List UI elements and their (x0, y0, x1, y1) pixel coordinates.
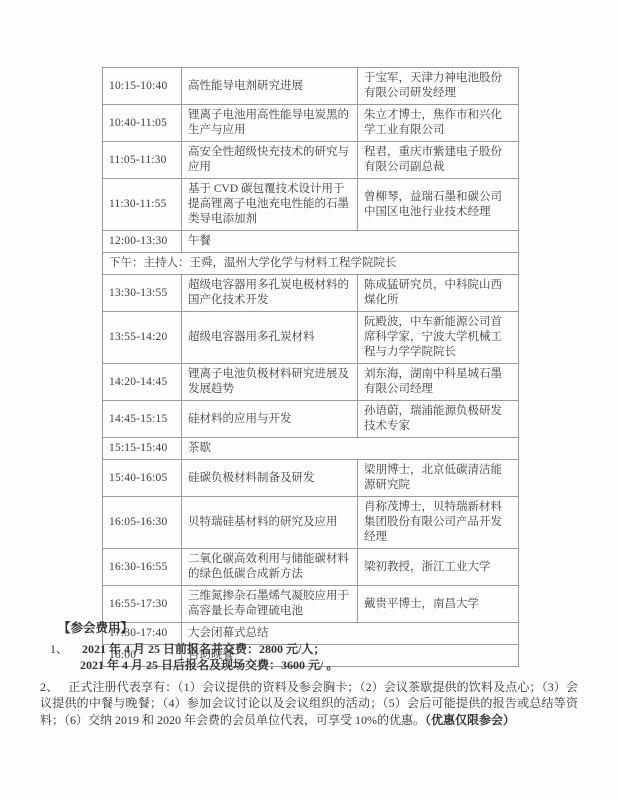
time-cell: 11:05-11:30 (103, 142, 182, 179)
speaker-cell: 曾柳琴，益瑞石墨和碳公司中国区电池行业技术经理 (358, 179, 519, 231)
time-cell: 16:05-16:30 (103, 497, 182, 549)
topic-cell: 硅碳负极材料制备及研发 (182, 460, 358, 497)
fee-item-2: 2、正式注册代表享有：（1）会议提供的资料及参会胸卡；（2）会议茶歇提供的饮料及… (40, 679, 578, 729)
fee-item-1-line2: 2021 年 4 月 25 日后报名及现场交费：3600 元/ 。 (80, 657, 578, 674)
fee-item-2-bold-note: （优惠仅限参会） (425, 713, 515, 727)
speaker-cell: 朱立才博士，焦作市和兴化学工业有限公司 (358, 105, 519, 142)
time-cell: 14:20-14:45 (103, 364, 182, 401)
speaker-cell: 梁初教授，浙江工业大学 (358, 549, 519, 586)
table-row: 10:15-10:40 高性能导电剂研究进展 于宝军，天津力神电池股份有限公司研… (103, 68, 519, 105)
lunch-cell: 午餐 (182, 231, 519, 253)
speaker-cell: 梁朋博士，北京低碳清洁能源研究院 (358, 460, 519, 497)
fee-item-1: 1、2021 年 4 月 25 日前报名并交费：2800 元/人； (50, 641, 578, 658)
table-row: 16:55-17:30 三维氮掺杂石墨烯气凝胶应用于高容量长寿命锂硫电池 戴贵平… (103, 586, 519, 623)
fee-item-1-number: 1、 (50, 642, 68, 656)
topic-cell: 硅材料的应用与开发 (182, 401, 358, 438)
topic-cell: 贝特瑞硅基材料的研究及应用 (182, 497, 358, 549)
table-row-session-chair: 下午：主持人：王舜，温州大学化学与材料工程学院院长 (103, 253, 519, 275)
time-cell: 10:40-11:05 (103, 105, 182, 142)
topic-cell: 三维氮掺杂石墨烯气凝胶应用于高容量长寿命锂硫电池 (182, 586, 358, 623)
fee-item-1-line1: 2021 年 4 月 25 日前报名并交费：2800 元/人； (82, 642, 325, 656)
table-row: 15:40-16:05 硅碳负极材料制备及研发 梁朋博士，北京低碳清洁能源研究院 (103, 460, 519, 497)
time-cell: 13:55-14:20 (103, 312, 182, 364)
time-cell: 13:30-13:55 (103, 275, 182, 312)
table-row: 14:45-15:15 硅材料的应用与开发 孙语蔚，瑞浦能源负极研发技术专家 (103, 401, 519, 438)
scanned-agenda-page: 10:15-10:40 高性能导电剂研究进展 于宝军，天津力神电池股份有限公司研… (0, 0, 618, 800)
table-row: 10:40-11:05 锂离子电池用高性能导电炭黑的生产与应用 朱立才博士，焦作… (103, 105, 519, 142)
topic-cell: 基于 CVD 碳包覆技术设计用于提高锂离子电池充电性能的石墨类导电添加剂 (182, 179, 358, 231)
time-cell: 15:40-16:05 (103, 460, 182, 497)
speaker-cell: 陈成猛研究员，中科院山西煤化所 (358, 275, 519, 312)
speaker-cell: 戴贵平博士，南昌大学 (358, 586, 519, 623)
table-row: 13:30-13:55 超级电容器用多孔炭电极材料的国产化技术开发 陈成猛研究员… (103, 275, 519, 312)
topic-cell: 高安全性超级快充技术的研究与应用 (182, 142, 358, 179)
fee-item-2-number: 2、 (40, 680, 58, 694)
tea-break-cell: 茶歇 (182, 438, 519, 460)
table-row-lunch: 12:00-13:30 午餐 (103, 231, 519, 253)
table-row: 16:30-16:55 二氧化碳高效利用与储能碳材料的绿色低碳合成新方法 梁初教… (103, 549, 519, 586)
session-chair-cell: 下午：主持人：王舜，温州大学化学与材料工程学院院长 (103, 253, 519, 275)
time-cell: 10:15-10:40 (103, 68, 182, 105)
time-cell: 16:30-16:55 (103, 549, 182, 586)
time-cell: 14:45-15:15 (103, 401, 182, 438)
topic-cell: 锂离子电池用高性能导电炭黑的生产与应用 (182, 105, 358, 142)
fee-section-heading: 【参会费用】 (58, 620, 578, 637)
table-row: 11:05-11:30 高安全性超级快充技术的研究与应用 程君，重庆市紫建电子股… (103, 142, 519, 179)
speaker-cell: 阮殿波，中车新能源公司首席科学家，宁波大学机械工程与力学学院院长 (358, 312, 519, 364)
schedule-table: 10:15-10:40 高性能导电剂研究进展 于宝军，天津力神电池股份有限公司研… (102, 67, 519, 667)
topic-cell: 锂离子电池负极材料研究进展及发展趋势 (182, 364, 358, 401)
time-cell: 11:30-11:55 (103, 179, 182, 231)
speaker-cell: 肖称茂博士，贝特瑞新材料集团股份有限公司产品开发经理 (358, 497, 519, 549)
table-row: 14:20-14:45 锂离子电池负极材料研究进展及发展趋势 刘东海，湖南中科星… (103, 364, 519, 401)
speaker-cell: 于宝军，天津力神电池股份有限公司研发经理 (358, 68, 519, 105)
topic-cell: 超级电容器用多孔炭材料 (182, 312, 358, 364)
speaker-cell: 程君，重庆市紫建电子股份有限公司副总裁 (358, 142, 519, 179)
topic-cell: 超级电容器用多孔炭电极材料的国产化技术开发 (182, 275, 358, 312)
topic-cell: 二氧化碳高效利用与储能碳材料的绿色低碳合成新方法 (182, 549, 358, 586)
fee-section: 【参会费用】 1、2021 年 4 月 25 日前报名并交费：2800 元/人；… (40, 620, 578, 728)
topic-cell: 高性能导电剂研究进展 (182, 68, 358, 105)
speaker-cell: 刘东海，湖南中科星城石墨有限公司经理 (358, 364, 519, 401)
speaker-cell: 孙语蔚，瑞浦能源负极研发技术专家 (358, 401, 519, 438)
table-row: 13:55-14:20 超级电容器用多孔炭材料 阮殿波，中车新能源公司首席科学家… (103, 312, 519, 364)
table-row-tea-break: 15:15-15:40 茶歇 (103, 438, 519, 460)
time-cell: 16:55-17:30 (103, 586, 182, 623)
time-cell: 12:00-13:30 (103, 231, 182, 253)
table-row: 16:05-16:30 贝特瑞硅基材料的研究及应用 肖称茂博士，贝特瑞新材料集团… (103, 497, 519, 549)
table-row: 11:30-11:55 基于 CVD 碳包覆技术设计用于提高锂离子电池充电性能的… (103, 179, 519, 231)
time-cell: 15:15-15:40 (103, 438, 182, 460)
